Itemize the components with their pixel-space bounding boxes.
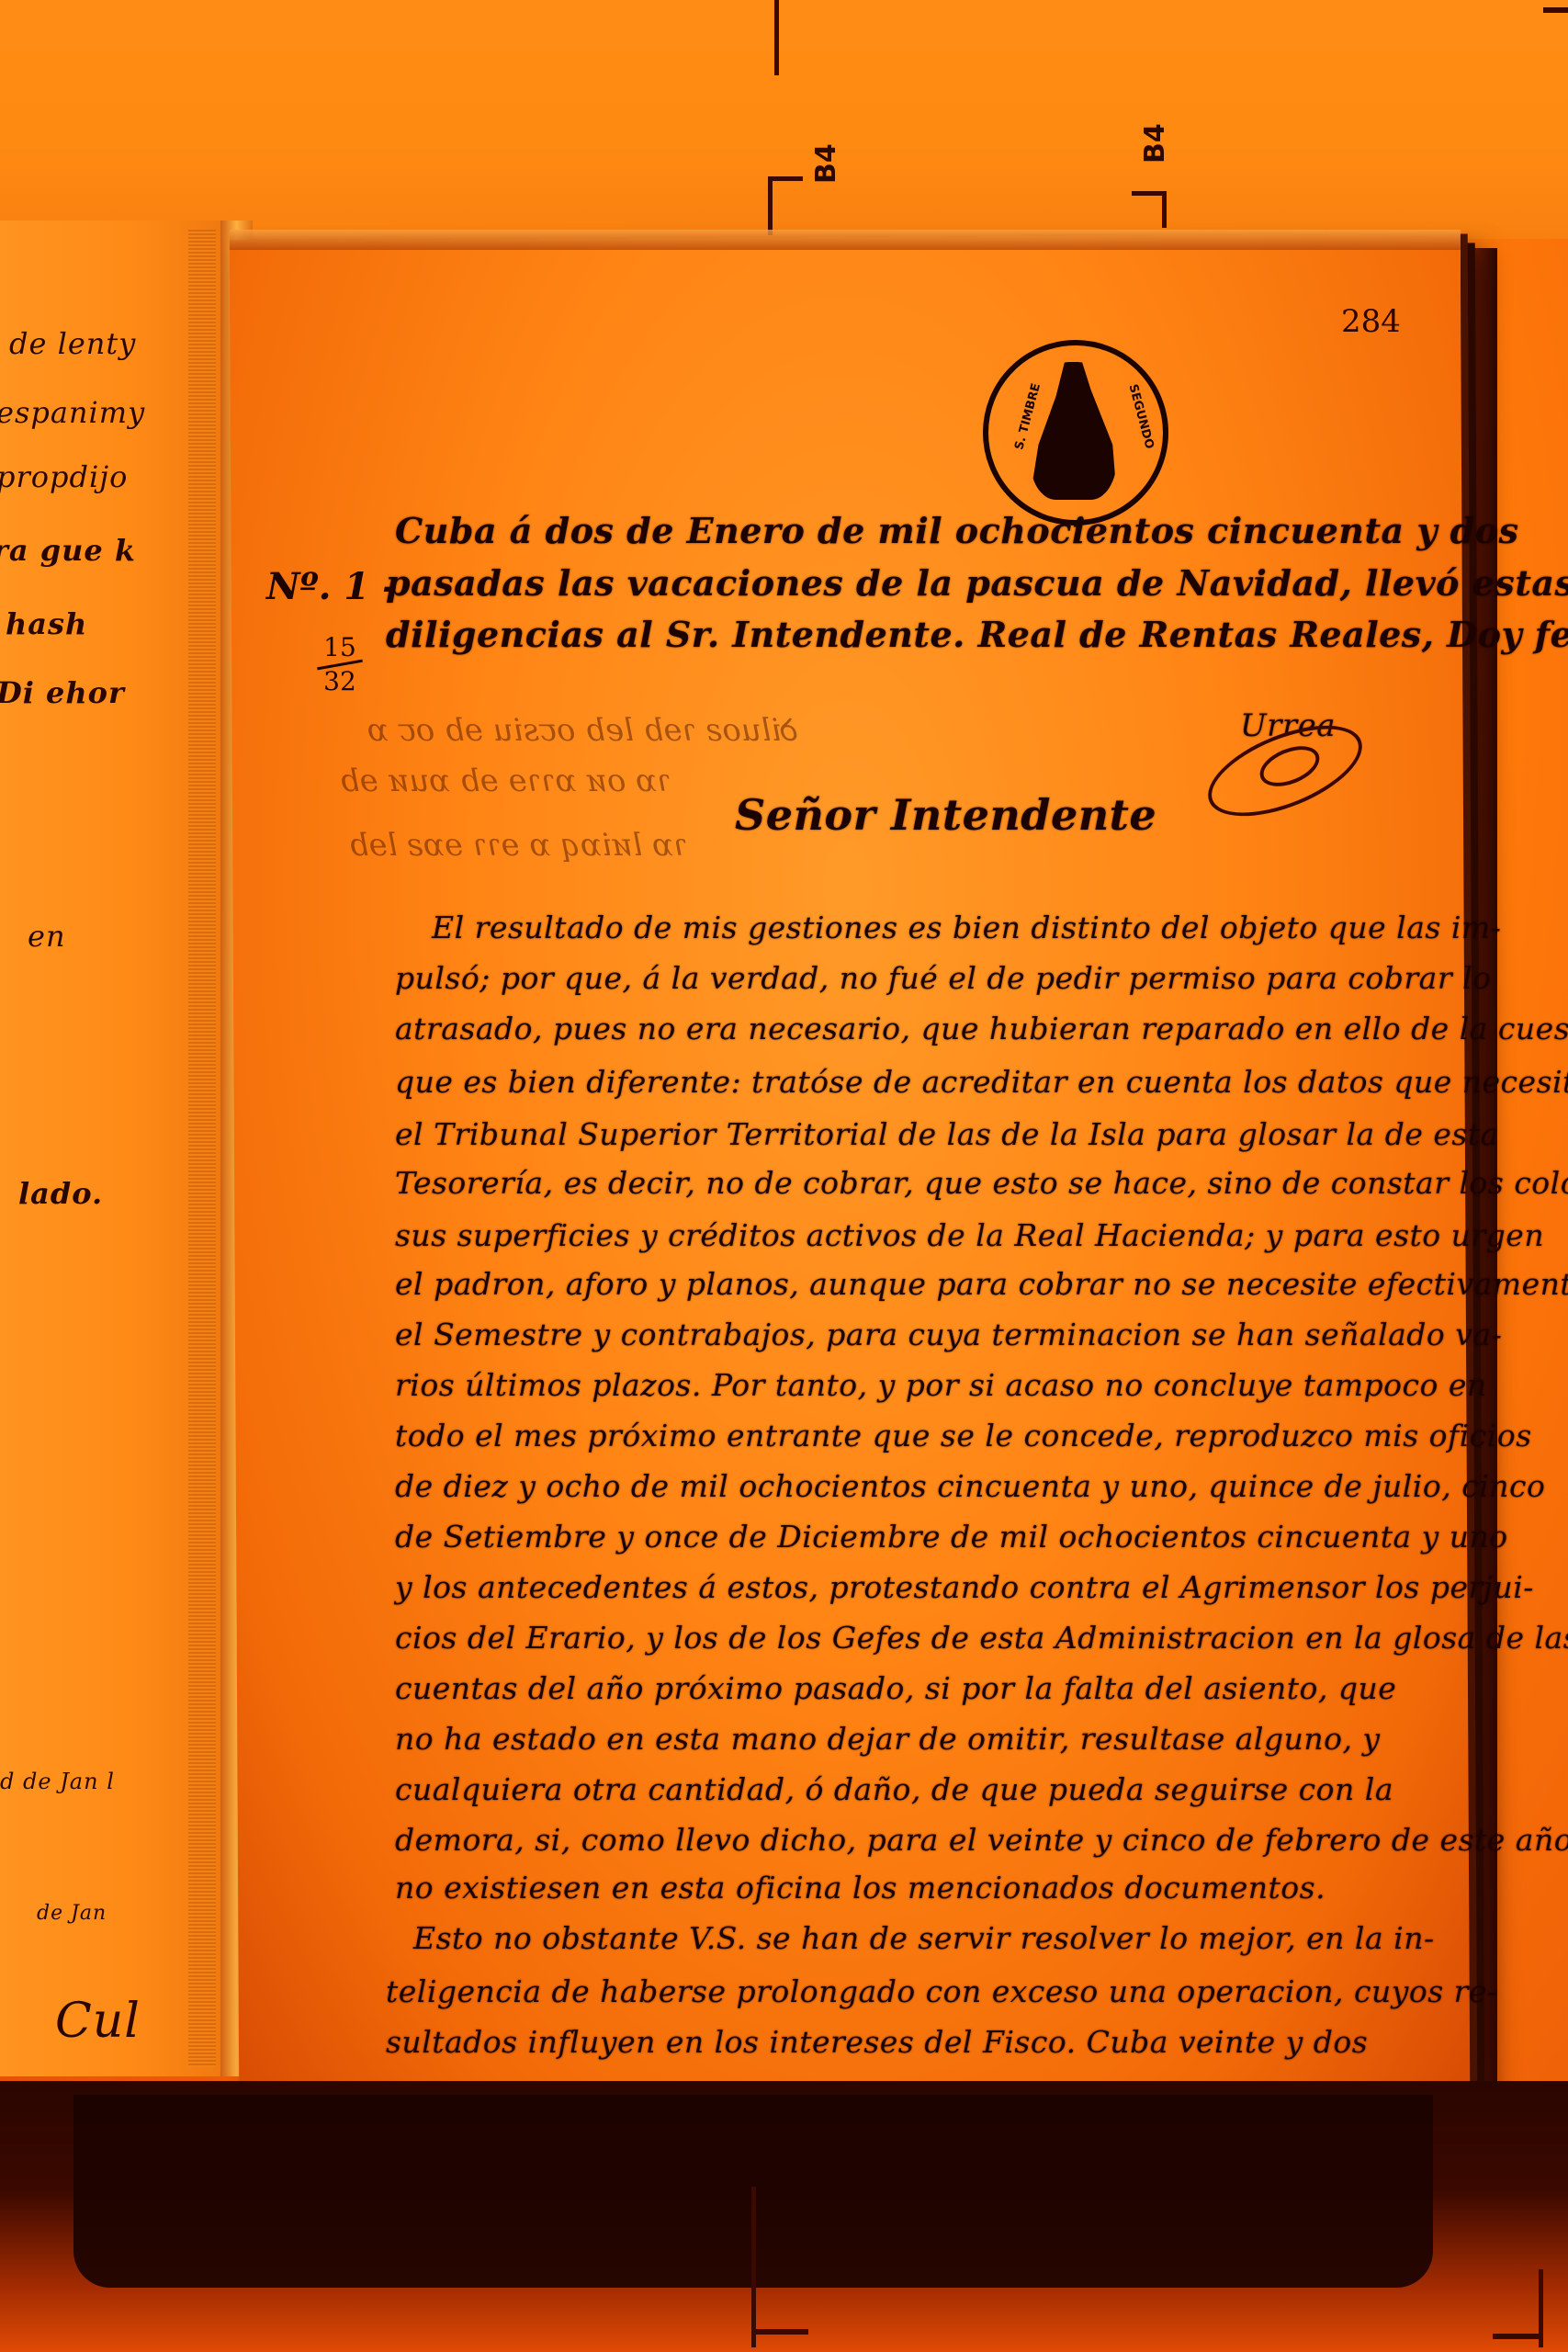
header-line: diligencias al Sr. Intendente. Real de R… bbox=[386, 614, 1568, 655]
left-fragment: espanimy bbox=[0, 395, 145, 430]
entry-number: Nº. 1 - bbox=[266, 565, 398, 608]
left-fragment: Cul bbox=[55, 1994, 141, 2049]
crop-mark-bottom-right-h bbox=[1493, 2334, 1540, 2339]
crop-mark-left-bracket-v bbox=[768, 176, 773, 235]
left-fragment: ra gue k bbox=[0, 533, 136, 568]
left-fragment: lado. bbox=[18, 1176, 103, 1211]
left-fragment: d de Jan l bbox=[0, 1769, 115, 1794]
fraction-top: 15 bbox=[323, 632, 356, 662]
folio-number: 284 bbox=[1341, 303, 1401, 340]
body-line: no ha estado en esta mano dejar de omiti… bbox=[395, 1721, 1381, 1757]
left-fragment: hash bbox=[6, 606, 87, 641]
left-fragment: de lenty bbox=[9, 326, 136, 361]
body-line: rios últimos plazos. Por tanto, y por si… bbox=[395, 1367, 1487, 1403]
body-line: pulsó; por que, á la verdad, no fué el d… bbox=[395, 960, 1492, 996]
crop-mark-label-left: B4 bbox=[810, 143, 842, 184]
body-line: Tesorería, es decir, no de cobrar, que e… bbox=[395, 1165, 1568, 1201]
body-line: no existiesen en esta oficina los mencio… bbox=[395, 1870, 1325, 1905]
body-line: cuentas del año próximo pasado, si por l… bbox=[395, 1670, 1396, 1706]
left-page-edge bbox=[188, 230, 216, 2067]
crop-mark-top-vertical bbox=[774, 0, 779, 75]
seal-figure-icon bbox=[1030, 362, 1117, 500]
background bbox=[0, 0, 1568, 239]
left-fragment: de Jan bbox=[37, 1902, 107, 1925]
crop-mark-top-right-horizontal bbox=[1543, 7, 1568, 13]
body-line: demora, si, como llevo dicho, para el ve… bbox=[395, 1822, 1568, 1858]
body-line: de diez y ocho de mil ochocientos cincue… bbox=[395, 1468, 1545, 1504]
seal-text-right: SEGUNDO bbox=[1126, 383, 1156, 451]
body-line: El resultado de mis gestiones es bien di… bbox=[432, 910, 1501, 945]
left-fragment: propdijo bbox=[0, 459, 128, 494]
body-line: teligencia de haberse prolongado con exc… bbox=[386, 1973, 1498, 2009]
body-line: el padron, aforo y planos, aunque para c… bbox=[395, 1266, 1568, 1302]
body-line: el Semestre y contrabajos, para cuya ter… bbox=[395, 1317, 1502, 1352]
body-line: todo el mes próximo entrante que se le c… bbox=[395, 1418, 1532, 1453]
body-line: y los antecedentes á estos, protestando … bbox=[395, 1569, 1534, 1605]
body-line: el Tribunal Superior Territorial de las … bbox=[395, 1116, 1499, 1152]
crop-mark-bottom-left-v bbox=[751, 2187, 756, 2347]
margin-fraction: 15 32 bbox=[317, 634, 363, 695]
body-line: atrasado, pues no era necesario, que hub… bbox=[395, 1011, 1568, 1046]
page-top-edge bbox=[230, 230, 1461, 250]
bleed-through-text: ꝺiluoƨ ɿɘb leb oꞇsiu ɘb oꞇ ɒ bbox=[367, 707, 800, 750]
body-line: cualquiera otra cantidad, ó daño, de que… bbox=[395, 1771, 1393, 1807]
seal-text-left: S. TIMBRE bbox=[1012, 382, 1043, 452]
header-line: Cuba á dos de Enero de mil ochocientos c… bbox=[395, 510, 1518, 551]
crop-mark-right-bracket-v bbox=[1162, 191, 1167, 228]
bleed-through-text: ɿɒ lᴎiɒq ɒ ɘɿɿ ɘɒƨ lɘb bbox=[349, 827, 688, 864]
left-fragment: Di ehor bbox=[0, 675, 125, 710]
bleed-through-text: ɿɒ oᴎ ɒɿɿɘ ɘb ɒuᴎ ɘb bbox=[340, 763, 671, 799]
salutation: Señor Intendente bbox=[735, 790, 1156, 840]
crop-mark-label-right: B4 bbox=[1139, 123, 1171, 164]
body-line: de Setiembre y once de Diciembre de mil … bbox=[395, 1519, 1508, 1555]
body-line: sultados influyen en los intereses del F… bbox=[386, 2024, 1368, 2060]
crop-mark-left-bracket-h bbox=[768, 176, 803, 181]
crop-mark-right-bracket-h bbox=[1132, 191, 1165, 196]
body-line: sus superficies y créditos activos de la… bbox=[395, 1217, 1544, 1253]
crop-mark-bottom-left-h bbox=[751, 2329, 808, 2335]
body-line: que es bien diferente: tratóse de acredi… bbox=[395, 1064, 1568, 1100]
body-line: cios del Erario, y los de los Gefes de e… bbox=[395, 1620, 1568, 1656]
official-seal-stamp: S. TIMBRE SEGUNDO bbox=[983, 340, 1168, 526]
body-line: Esto no obstante V.S. se han de servir r… bbox=[413, 1920, 1435, 1956]
header-line: pasadas las vacaciones de la pascua de N… bbox=[386, 562, 1568, 604]
left-fragment: en bbox=[28, 919, 66, 954]
fraction-bottom: 32 bbox=[323, 666, 356, 696]
